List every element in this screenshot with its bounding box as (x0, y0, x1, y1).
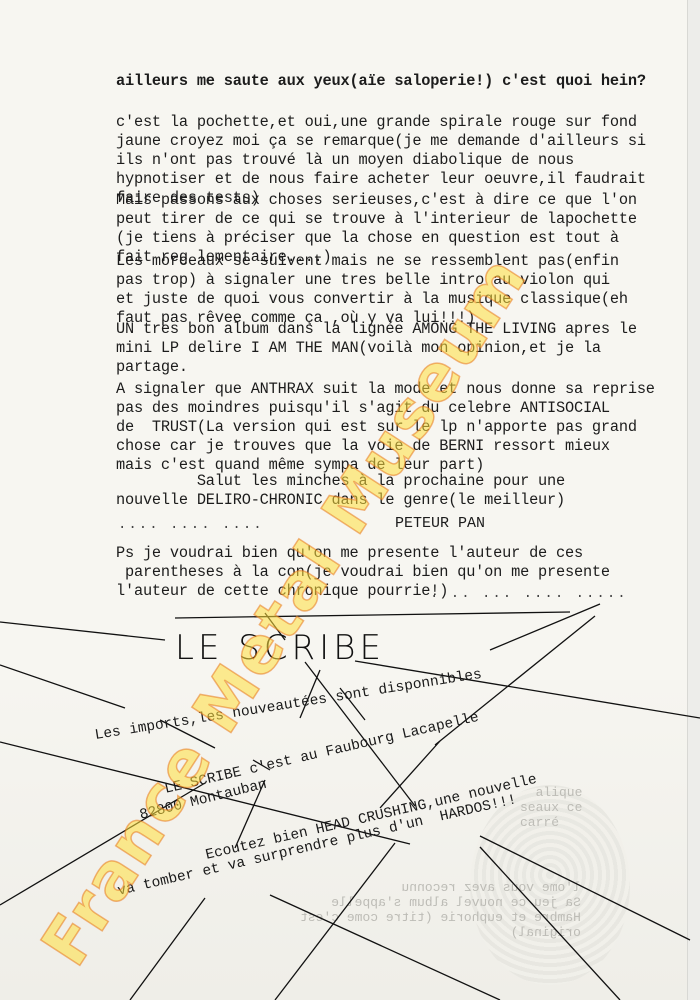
ad-starburst-lines (0, 0, 700, 1000)
scanned-page: alique seaux ce carré l'ome vous avez re… (0, 0, 700, 1000)
ad-title: LE SCRIBE (175, 628, 385, 668)
